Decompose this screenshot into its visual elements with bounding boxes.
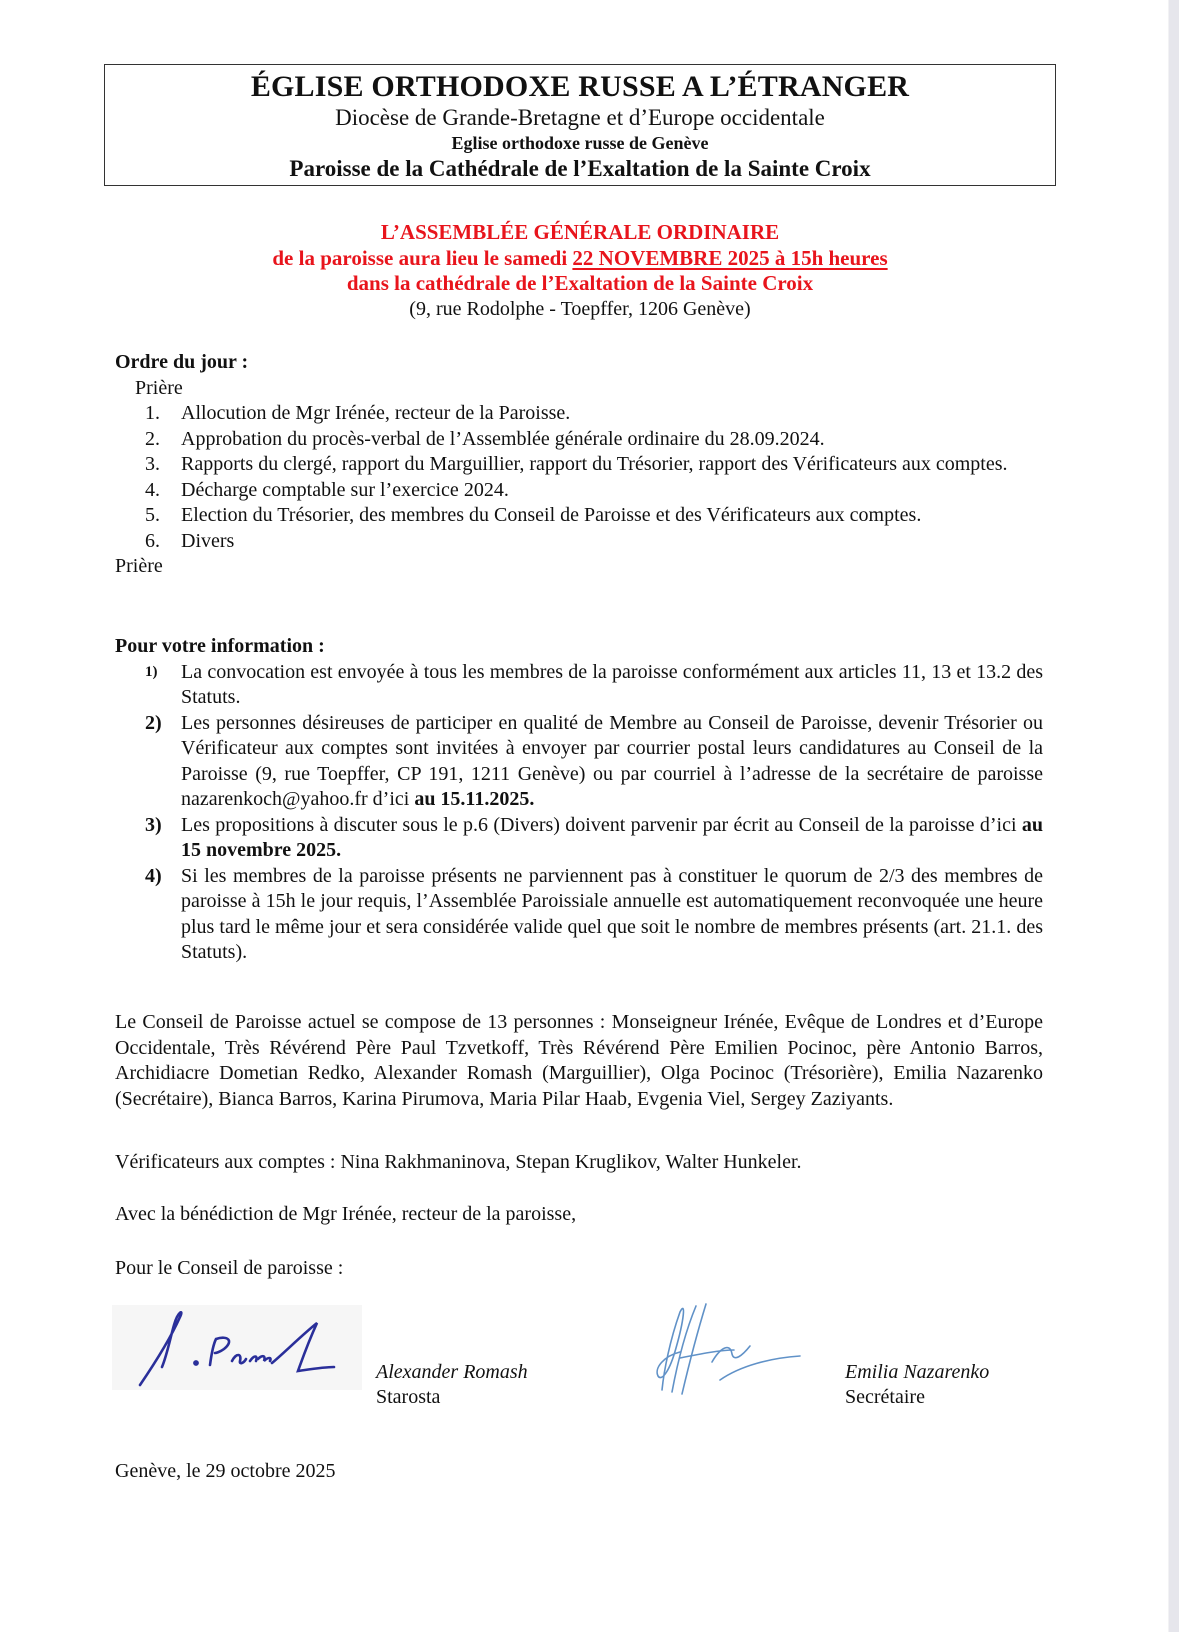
agenda-item-text: Divers [181,530,234,552]
agenda-heading: Ordre du jour : [115,350,1043,376]
agenda-item-text: Election du Trésorier, des membres du Co… [181,504,921,526]
venue-address: (9, rue Rodolphe - Toepffer, 1206 Genève… [104,297,1056,322]
agenda-item: 5.Election du Trésorier, des membres du … [115,503,1043,529]
signer-nazarenko-role: Secrétaire [845,1385,989,1410]
agenda-item: 6.Divers [115,529,1043,555]
agenda-item: 1.Allocution de Mgr Irénée, recteur de l… [115,401,1043,427]
letterhead-box: ÉGLISE ORTHODOXE RUSSE A L’ÉTRANGER Dioc… [104,64,1056,186]
info-item-text: La convocation est envoyée à tous les me… [181,661,1043,709]
signer-nazarenko: Emilia Nazarenko Secrétaire [845,1360,989,1410]
parish-name: Paroisse de la Cathédrale de l’Exaltatio… [105,155,1055,183]
announcement: L’ASSEMBLÉE GÉNÉRALE ORDINAIRE de la par… [104,220,1056,322]
info-section: Pour votre information : 1)La convocatio… [115,634,1043,966]
signature-nazarenko-icon [650,1300,810,1400]
info-item-text: Si les membres de la paroisse présents n… [181,865,1043,964]
info-list: 1)La convocation est envoyée à tous les … [115,660,1043,966]
announcement-title: L’ASSEMBLÉE GÉNÉRALE ORDINAIRE [104,220,1056,246]
announcement-date-line: de la paroisse aura lieu le samedi 22 NO… [104,246,1056,272]
meeting-date: 22 NOVEMBRE 2025 à 15h heures [572,246,887,270]
info-item-number: 2) [145,711,162,737]
agenda-item-number: 5. [145,503,160,529]
info-item: 3)Les propositions à discuter sous le p.… [115,813,1043,864]
info-item-text: Les personnes désireuses de participer e… [181,712,1043,811]
diocese-name: Diocèse de Grande-Bretagne et d’Europe o… [105,104,1055,131]
info-item-number: 4) [145,864,162,890]
church-title: ÉGLISE ORTHODOXE RUSSE A L’ÉTRANGER [105,70,1055,104]
agenda-item-number: 1. [145,401,160,427]
agenda-opening-prayer: Prière [115,376,1043,402]
agenda-item-text: Décharge comptable sur l’exercice 2024. [181,479,509,501]
church-name: Eglise orthodoxe russe de Genève [105,131,1055,155]
agenda-item: 2.Approbation du procès-verbal de l’Asse… [115,427,1043,453]
info-item-text: Les propositions à discuter sous le p.6 … [181,814,1022,836]
info-item-deadline: au 15.11.2025. [414,788,534,810]
info-item: 4)Si les membres de la paroisse présents… [115,864,1043,966]
agenda-list: 1.Allocution de Mgr Irénée, recteur de l… [115,401,1043,554]
council-paragraph: Le Conseil de Paroisse actuel se compose… [115,1010,1043,1112]
blessing-line: Avec la bénédiction de Mgr Irénée, recte… [115,1202,1043,1228]
info-item-number: 1) [145,660,158,686]
agenda-item: 3.Rapports du clergé, rapport du Marguil… [115,452,1043,478]
announcement-venue: dans la cathédrale de l’Exaltation de la… [104,271,1056,297]
scrollbar[interactable] [1168,0,1179,1632]
place-date: Genève, le 29 octobre 2025 [115,1459,1043,1485]
for-council-line: Pour le Conseil de paroisse : [115,1256,1043,1282]
info-heading: Pour votre information : [115,634,1043,660]
info-item: 2)Les personnes désireuses de participer… [115,711,1043,813]
signer-romash-name: Alexander Romash [376,1361,528,1383]
agenda-item-number: 3. [145,452,160,478]
agenda-closing-prayer: Prière [115,554,1043,580]
signer-romash: Alexander Romash Starosta [376,1360,528,1410]
auditors-paragraph: Vérificateurs aux comptes : Nina Rakhman… [115,1150,1043,1176]
agenda-item: 4.Décharge comptable sur l’exercice 2024… [115,478,1043,504]
signature-romash-icon [112,1305,362,1390]
agenda-item-text: Rapports du clergé, rapport du Marguilli… [181,453,1008,475]
signer-nazarenko-name: Emilia Nazarenko [845,1361,989,1383]
agenda-item-number: 4. [145,478,160,504]
agenda-item-text: Allocution de Mgr Irénée, recteur de la … [181,402,570,424]
agenda-item-number: 6. [145,529,160,555]
signer-romash-role: Starosta [376,1385,528,1410]
info-item-number: 3) [145,813,162,839]
info-item: 1)La convocation est envoyée à tous les … [115,660,1043,711]
agenda-item-number: 2. [145,427,160,453]
agenda-section: Ordre du jour : Prière 1.Allocution de M… [115,350,1043,580]
announcement-date-prefix: de la paroisse aura lieu le samedi [272,246,572,270]
agenda-item-text: Approbation du procès-verbal de l’Assemb… [181,428,825,450]
